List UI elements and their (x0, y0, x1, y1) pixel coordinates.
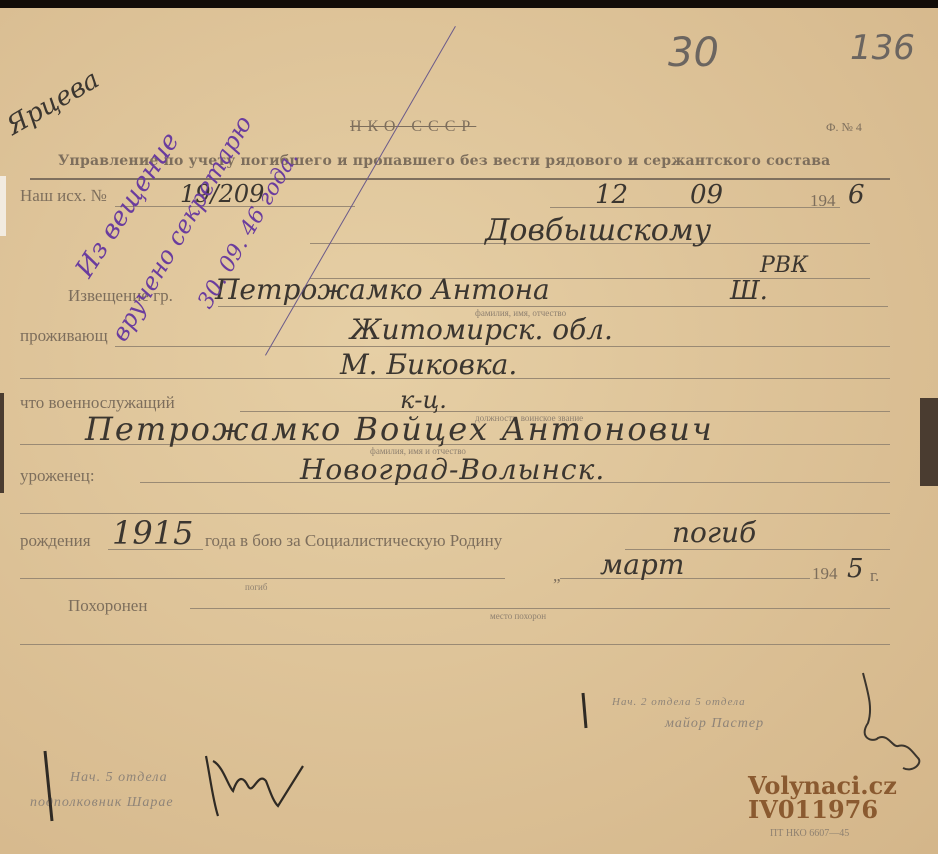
form-number: Ф. № 4 (826, 120, 862, 135)
outgoing-label: Наш исх. № (20, 186, 107, 206)
fate: погиб (672, 516, 756, 549)
death-month: март (600, 548, 684, 581)
birth-label: рождения (20, 531, 91, 551)
caption-fate: погиб (245, 582, 267, 592)
year-abbr: г. (870, 566, 879, 586)
residence-line1: Житомирск. обл. (350, 313, 613, 346)
pencil-number-left: 30 (668, 30, 719, 76)
birthplace-label: уроженец: (20, 466, 95, 486)
death-date-line (560, 578, 810, 579)
scan-top-border (0, 0, 938, 8)
recipient-line (218, 306, 888, 307)
watermark-id: IV011976 (748, 798, 878, 822)
quote-mark: „ (553, 566, 561, 586)
addressee-line1: Довбышскому (485, 213, 711, 248)
recipient-suffix: Ш. (730, 276, 768, 306)
burial-line (190, 608, 890, 609)
addressee-line2: РВК (760, 253, 808, 278)
date-month: 09 (690, 180, 723, 210)
scan-edge-right (920, 398, 938, 486)
scan-edge-white (0, 176, 6, 236)
birth-year: 1915 (112, 514, 193, 552)
margin-note: Ярцева (1, 65, 104, 142)
year-prefix: 194 (810, 191, 836, 211)
residence-line2: М. Биковка. (340, 348, 517, 381)
death-year-prefix: 194 (812, 564, 838, 584)
scan-edge-left (0, 393, 4, 493)
document-paper: 30 136 Ярцева НКО СССР Ф. № 4 Управление… (0, 8, 938, 854)
print-code: ПТ НКО 6607—45 (770, 828, 849, 839)
death-year-suffix: 5 (847, 554, 864, 584)
burial-line-2 (20, 644, 890, 645)
signature-left-scrawl (38, 746, 308, 836)
org-crossed: НКО СССР (350, 118, 476, 136)
residence-line-1 (115, 346, 890, 347)
caption-burial: место похорон (490, 611, 546, 621)
soldier-full-name: Петрожамко Войцех Антонович (85, 410, 714, 448)
pencil-number-right: 136 (850, 28, 915, 68)
recipient-name: Петрожамко Антона (215, 273, 550, 306)
year-suffix: 6 (848, 180, 865, 210)
buried-label: Похоронен (68, 596, 147, 616)
residence-label: проживающ (20, 326, 108, 346)
battle-text: года в бою за Социалистическую Родину (205, 531, 502, 551)
birthplace: Новоград-Волынск. (300, 453, 605, 486)
date-day: 12 (595, 180, 628, 210)
fate-caption-line (20, 578, 505, 579)
signature-right-scrawl (578, 668, 938, 778)
